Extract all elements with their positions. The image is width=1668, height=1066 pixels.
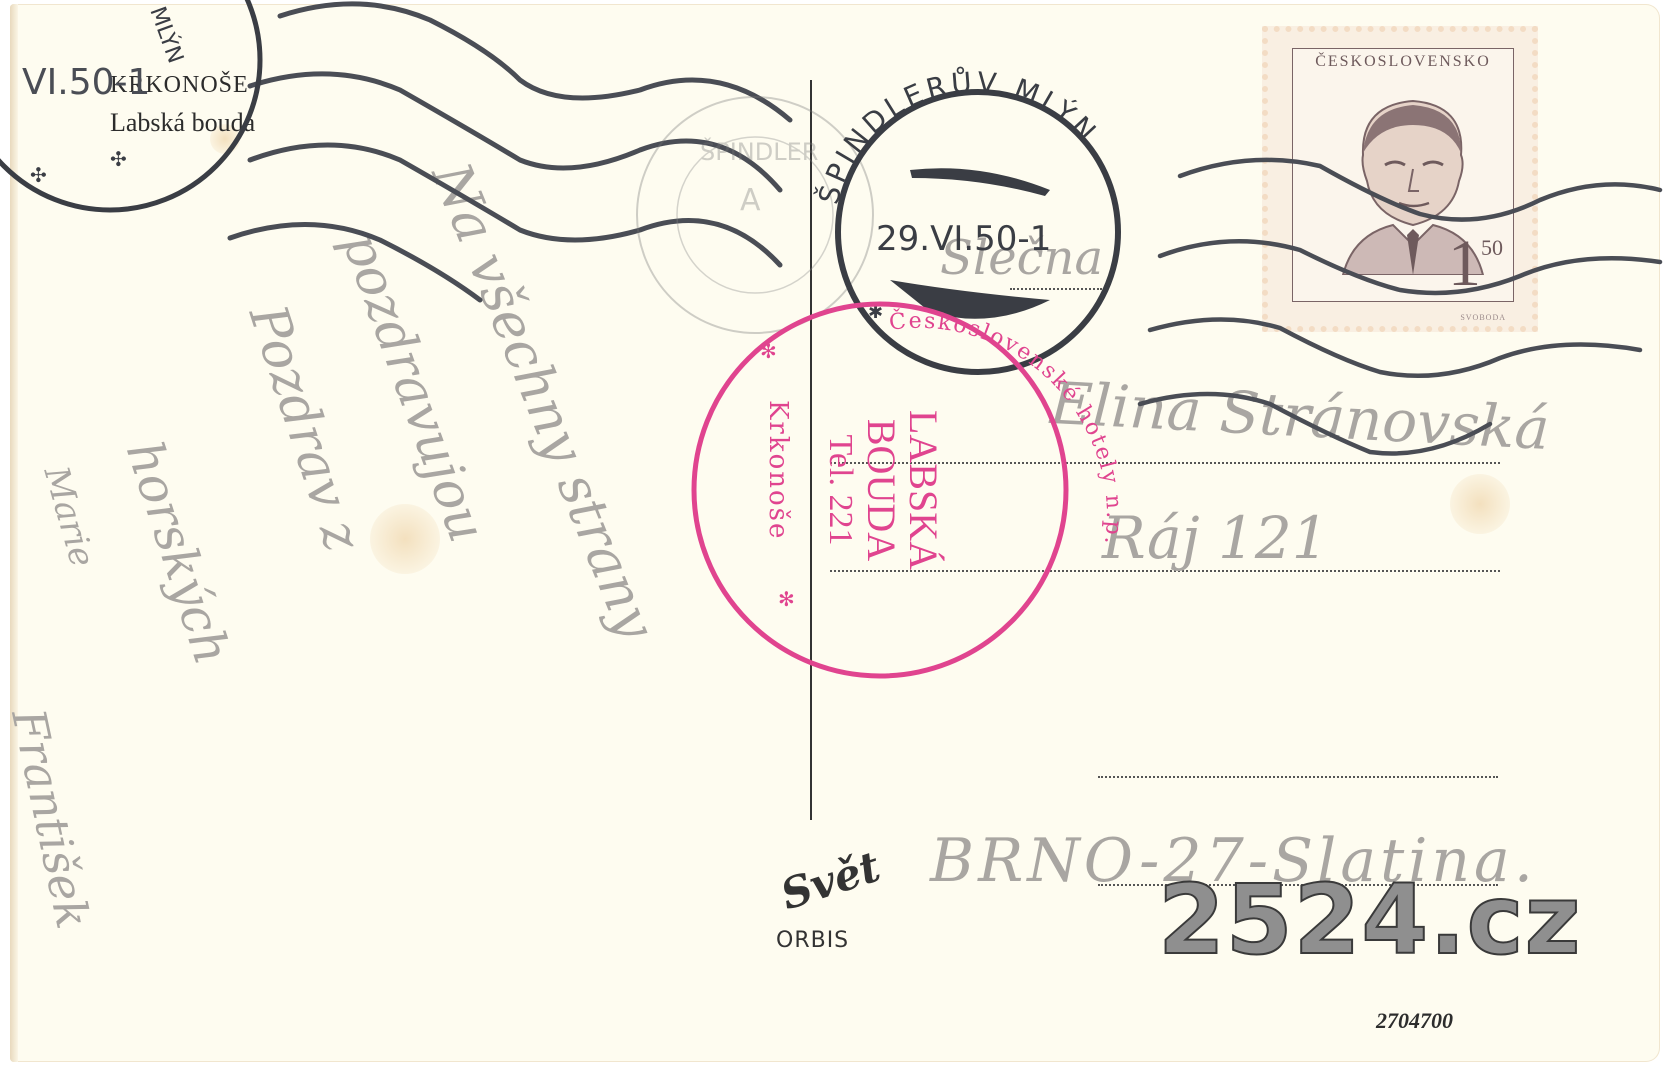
message-line: horských (115, 434, 241, 671)
address-line (1010, 288, 1102, 290)
address-name: Elina Stránovská (1049, 369, 1552, 463)
address-line (830, 462, 1500, 464)
age-stain (1450, 474, 1510, 534)
stamp-value-main: 1 (1448, 227, 1481, 300)
postcard-back: KRKONOŠE Labská bouda Svět ORBIS ČESKOSL… (10, 4, 1660, 1062)
printed-subtitle: Labská bouda (110, 108, 255, 138)
printed-title: KRKONOŠE (110, 72, 249, 99)
card-serial-number: 2704700 (1376, 1008, 1453, 1034)
stamp-printer-mark: SVOBODA (1460, 313, 1506, 322)
publisher-logo: Svět (775, 842, 886, 920)
message-line: Pozdrav z (237, 298, 373, 558)
postage-stamp: ČESKOSLOVENSKO 150 SVOBODA (1262, 26, 1538, 332)
watermark: 2524.cz (1158, 872, 1581, 968)
stamp-value-fraction: 50 (1481, 235, 1503, 260)
signature: František (10, 704, 100, 933)
address-street: Ráj 121 (1102, 504, 1329, 572)
center-divider (810, 80, 812, 820)
stamp-country: ČESKOSLOVENSKO (1297, 53, 1509, 71)
address-salutation: Slečna (940, 230, 1103, 286)
publisher-name: ORBIS (776, 928, 849, 953)
address-line (1098, 776, 1498, 778)
stamp-frame: ČESKOSLOVENSKO 150 (1292, 48, 1514, 302)
stamp-value: 150 (1448, 231, 1503, 297)
message-line: Na všechny strany (420, 154, 668, 648)
signature: Marie (36, 462, 103, 571)
